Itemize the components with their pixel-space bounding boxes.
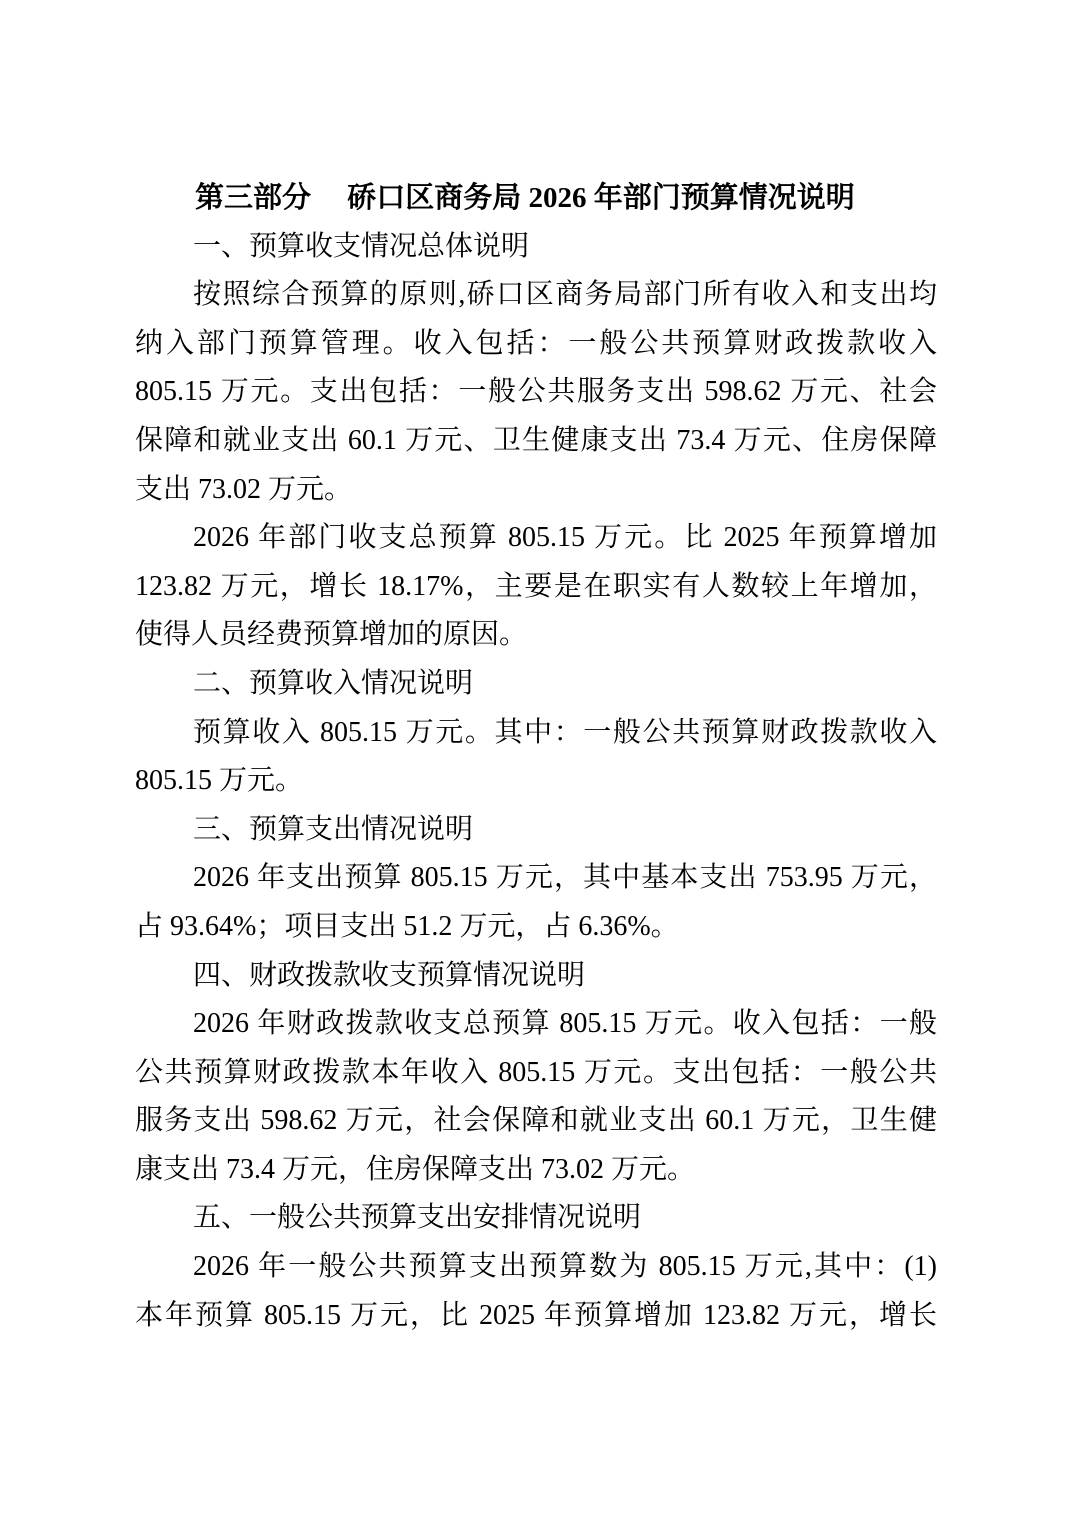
text-line: 2026 年部门收支总预算 805.15 万元。比 2025 年预算增加 [135,514,937,563]
section-heading: 三、预算支出情况说明 [135,806,937,855]
text-line: 公共预算财政拨款本年收入 805.15 万元。支出包括：一般公共 [135,1049,937,1098]
text-line: 纳入部门预算管理。收入包括：一般公共预算财政拨款收入 [135,320,937,369]
text-line: 2026 年一般公共预算支出预算数为 805.15 万元,其中：(1) [135,1243,937,1292]
document-title: 第三部分 硚口区商务局 2026 年部门预算情况说明 [135,174,937,223]
document-body: 第三部分 硚口区商务局 2026 年部门预算情况说明一、预算收支情况总体说明按照… [135,174,937,1340]
section-heading: 一、预算收支情况总体说明 [135,223,937,272]
text-line: 服务支出 598.62 万元，社会保障和就业支出 60.1 万元，卫生健 [135,1097,937,1146]
section-heading: 五、一般公共预算支出安排情况说明 [135,1194,937,1243]
text-line: 2026 年财政拨款收支总预算 805.15 万元。收入包括：一般 [135,1000,937,1049]
text-line: 占 93.64%；项目支出 51.2 万元，占 6.36%。 [135,903,937,952]
text-line: 123.82 万元，增长 18.17%，主要是在职实有人数较上年增加， [135,563,937,612]
section-heading: 四、财政拨款收支预算情况说明 [135,952,937,1001]
document-page: 第三部分 硚口区商务局 2026 年部门预算情况说明一、预算收支情况总体说明按照… [0,0,1074,1520]
text-line: 保障和就业支出 60.1 万元、卫生健康支出 73.4 万元、住房保障 [135,417,937,466]
text-line: 2026 年支出预算 805.15 万元，其中基本支出 753.95 万元， [135,854,937,903]
text-line: 本年预算 805.15 万元，比 2025 年预算增加 123.82 万元，增长 [135,1292,937,1341]
text-line: 805.15 万元。 [135,757,937,806]
text-line: 支出 73.02 万元。 [135,466,937,515]
section-heading: 二、预算收入情况说明 [135,660,937,709]
text-line: 预算收入 805.15 万元。其中：一般公共预算财政拨款收入 [135,709,937,758]
text-line: 使得人员经费预算增加的原因。 [135,611,937,660]
text-line: 按照综合预算的原则,硚口区商务局部门所有收入和支出均 [135,271,937,320]
text-line: 康支出 73.4 万元，住房保障支出 73.02 万元。 [135,1146,937,1195]
text-line: 805.15 万元。支出包括：一般公共服务支出 598.62 万元、社会 [135,368,937,417]
